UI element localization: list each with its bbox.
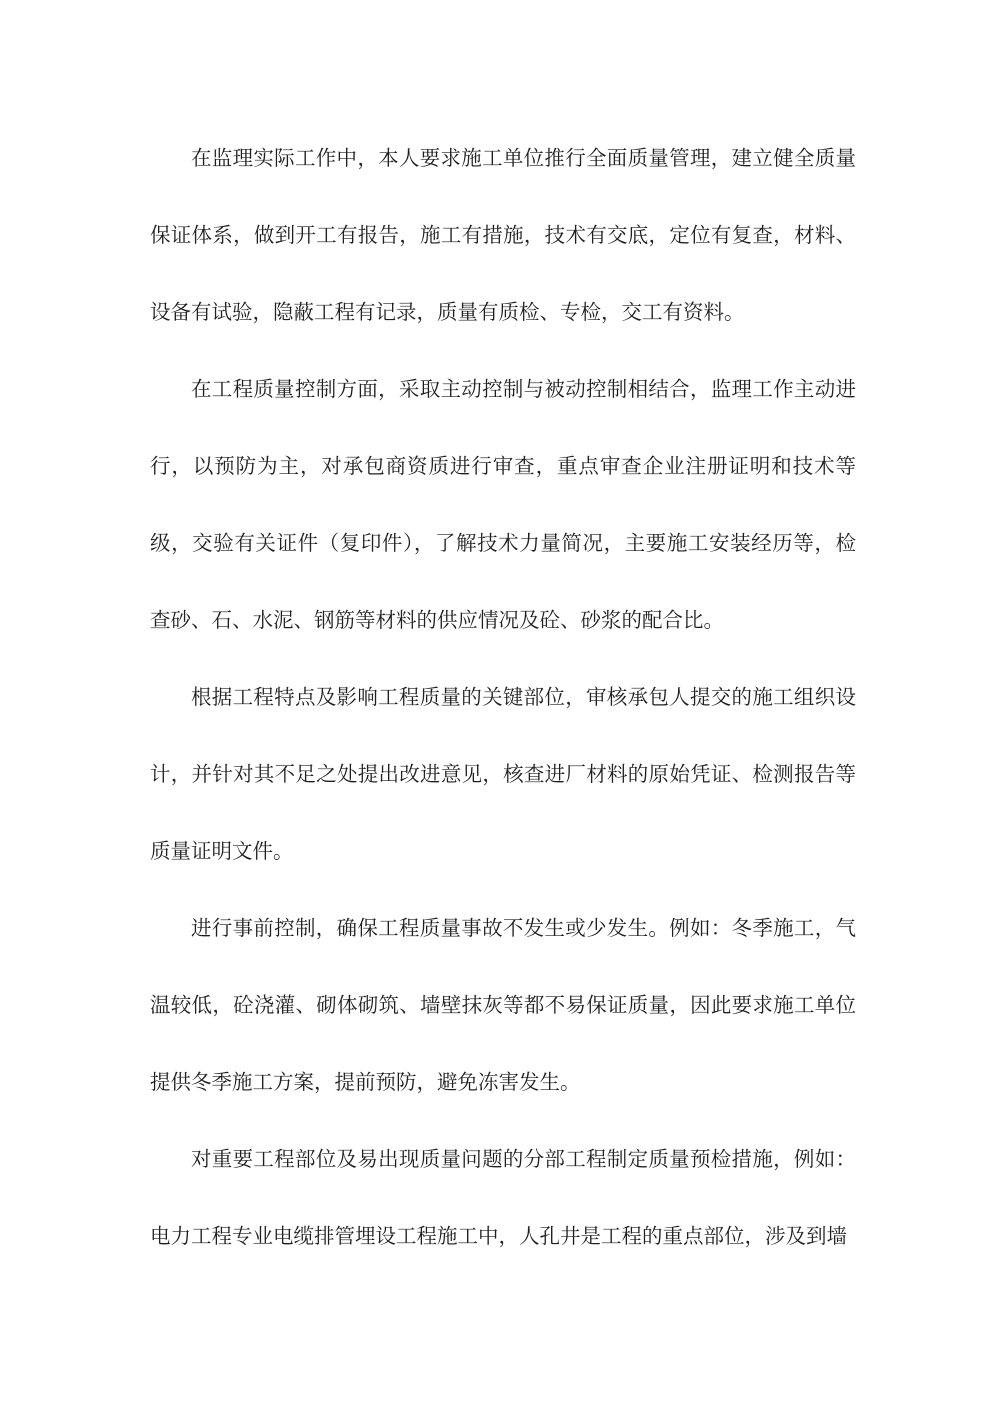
paragraph: 对重要工程部位及易出现质量问题的分部工程制定质量预检措施，例如：电力工程专业电缆… xyxy=(150,1121,856,1275)
paragraph: 在工程质量控制方面，采取主动控制与被动控制相结合，监理工作主动进行，以预防为主，… xyxy=(150,351,856,659)
document-body: 在监理实际工作中，本人要求施工单位推行全面质量管理，建立健全质量保证体系，做到开… xyxy=(150,0,856,1275)
document-page: 在监理实际工作中，本人要求施工单位推行全面质量管理，建立健全质量保证体系，做到开… xyxy=(0,0,1000,1415)
paragraph: 根据工程特点及影响工程质量的关键部位，审核承包人提交的施工组织设计，并针对其不足… xyxy=(150,659,856,890)
paragraph: 进行事前控制，确保工程质量事故不发生或少发生。例如：冬季施工，气温较低，砼浇灌、… xyxy=(150,890,856,1121)
paragraph: 在监理实际工作中，本人要求施工单位推行全面质量管理，建立健全质量保证体系，做到开… xyxy=(150,120,856,351)
